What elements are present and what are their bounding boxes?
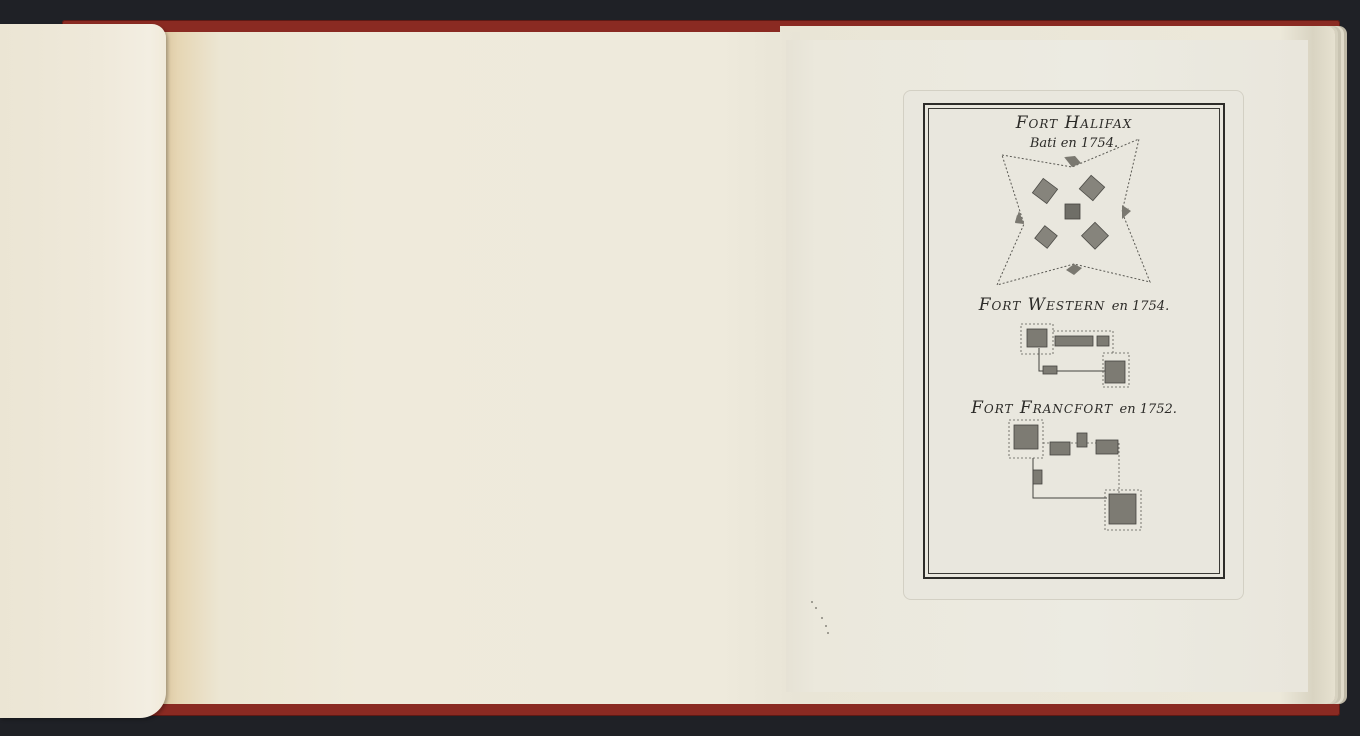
fort-francfort-plan (925, 105, 1223, 577)
turned-flyleaf[interactable] (0, 24, 166, 718)
paper-spots (808, 600, 838, 640)
left-page-blank (160, 32, 800, 704)
engraving-frame: Fort Halifax Bati en 1754. Fort Western … (923, 103, 1225, 579)
